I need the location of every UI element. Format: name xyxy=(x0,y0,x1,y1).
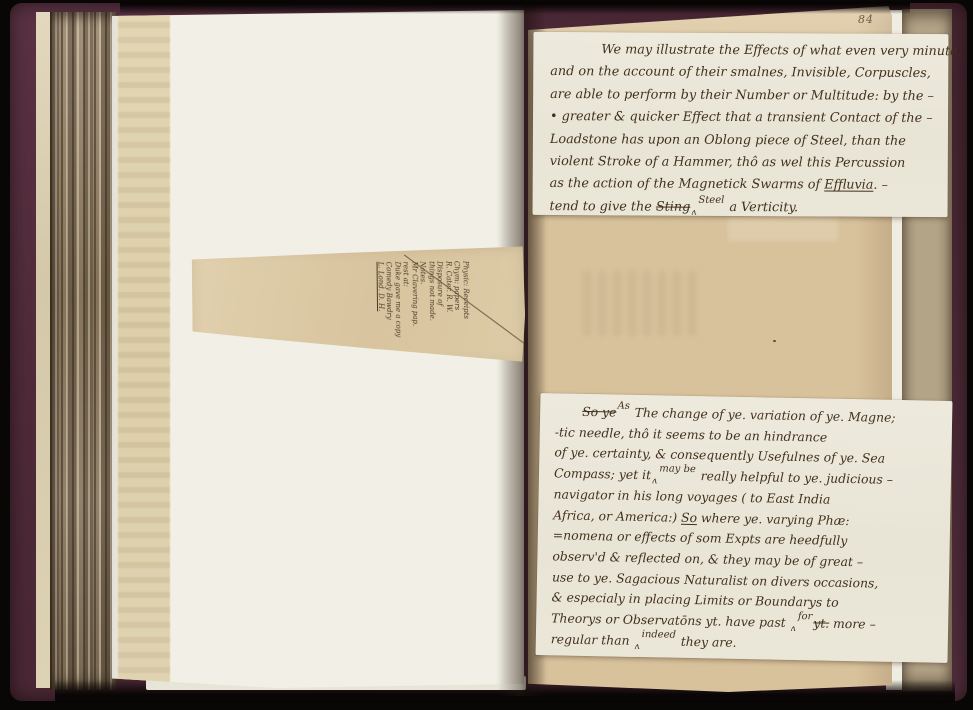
line-fragment: tend to give the xyxy=(550,199,656,215)
manuscript-slip-bottom: So yeAs The change of ye. variation of y… xyxy=(536,393,953,663)
manuscript-line: Loadstone has upon an Oblong piece of St… xyxy=(533,129,948,154)
note-line: Comedy Bawdry xyxy=(385,262,395,362)
folio-number: 84 xyxy=(858,13,874,26)
show-through-strip xyxy=(118,9,170,688)
line-fragment: Theorys or Observatōns yt. have past xyxy=(551,610,790,630)
underlined-word: Effluvia xyxy=(824,178,873,193)
struck-word: Sting xyxy=(656,199,691,214)
line-fragment: really helpful to ye. judicious – xyxy=(697,468,894,487)
manuscript-line: as the action of the Magnetick Swarms of… xyxy=(533,173,948,198)
note-line: R. Cater. R. W. xyxy=(444,261,454,361)
manuscript-line: • greater & quicker Effect that a transi… xyxy=(533,106,948,131)
manuscript-line: and on the account of their smalnes, Inv… xyxy=(533,61,948,86)
manuscript-line: tend to give the StingʌSteel a Verticity… xyxy=(533,196,948,221)
line-fragment: . – xyxy=(873,178,888,193)
show-through-smudge xyxy=(583,271,703,336)
inserted-word: indeed xyxy=(642,635,676,636)
manuscript-line: We may illustrate the Effects of what ev… xyxy=(533,39,948,64)
manuscript-slip-top: We may illustrate the Effects of what ev… xyxy=(533,32,949,217)
inserted-word: may be xyxy=(659,469,696,470)
line-fragment: where ye. varying Phæ: xyxy=(697,510,850,528)
line-fragment: as the action of the Magnetick Swarms of xyxy=(550,176,825,192)
line-fragment: they are. xyxy=(677,633,737,649)
ink-speck xyxy=(773,340,776,342)
line-fragment: a Verticity. xyxy=(725,200,798,215)
line-fragment: The change of ye. variation of ye. Magne… xyxy=(631,405,896,425)
line-fragment: more – xyxy=(829,616,876,632)
manuscript-line: are able to perform by their Number or M… xyxy=(533,84,948,109)
top-gap-shadow xyxy=(120,2,910,14)
note-line: Duke gave me a copy xyxy=(393,262,403,362)
line-fragment: regular than xyxy=(551,631,634,648)
note-line: Physic: Receipts xyxy=(461,261,471,361)
note-line: Mr Clavering pap. xyxy=(410,261,420,361)
struck-word: So ye xyxy=(582,404,617,420)
line-fragment: Compass; yet it xyxy=(554,465,651,482)
note-text-rotated: Physic: Receipts Chym: papers R. Cater. … xyxy=(376,261,471,362)
left-leaf-edges xyxy=(50,12,116,690)
manuscript-line: violent Stroke of a Hammer, thô as wel t… xyxy=(533,151,948,176)
photo-background: { "book": { "folio_number": "84" }, "mar… xyxy=(0,0,973,710)
line-fragment: Africa, or America:) xyxy=(553,507,681,524)
struck-word: yt. xyxy=(813,615,829,630)
underlined-word: So xyxy=(681,509,697,524)
